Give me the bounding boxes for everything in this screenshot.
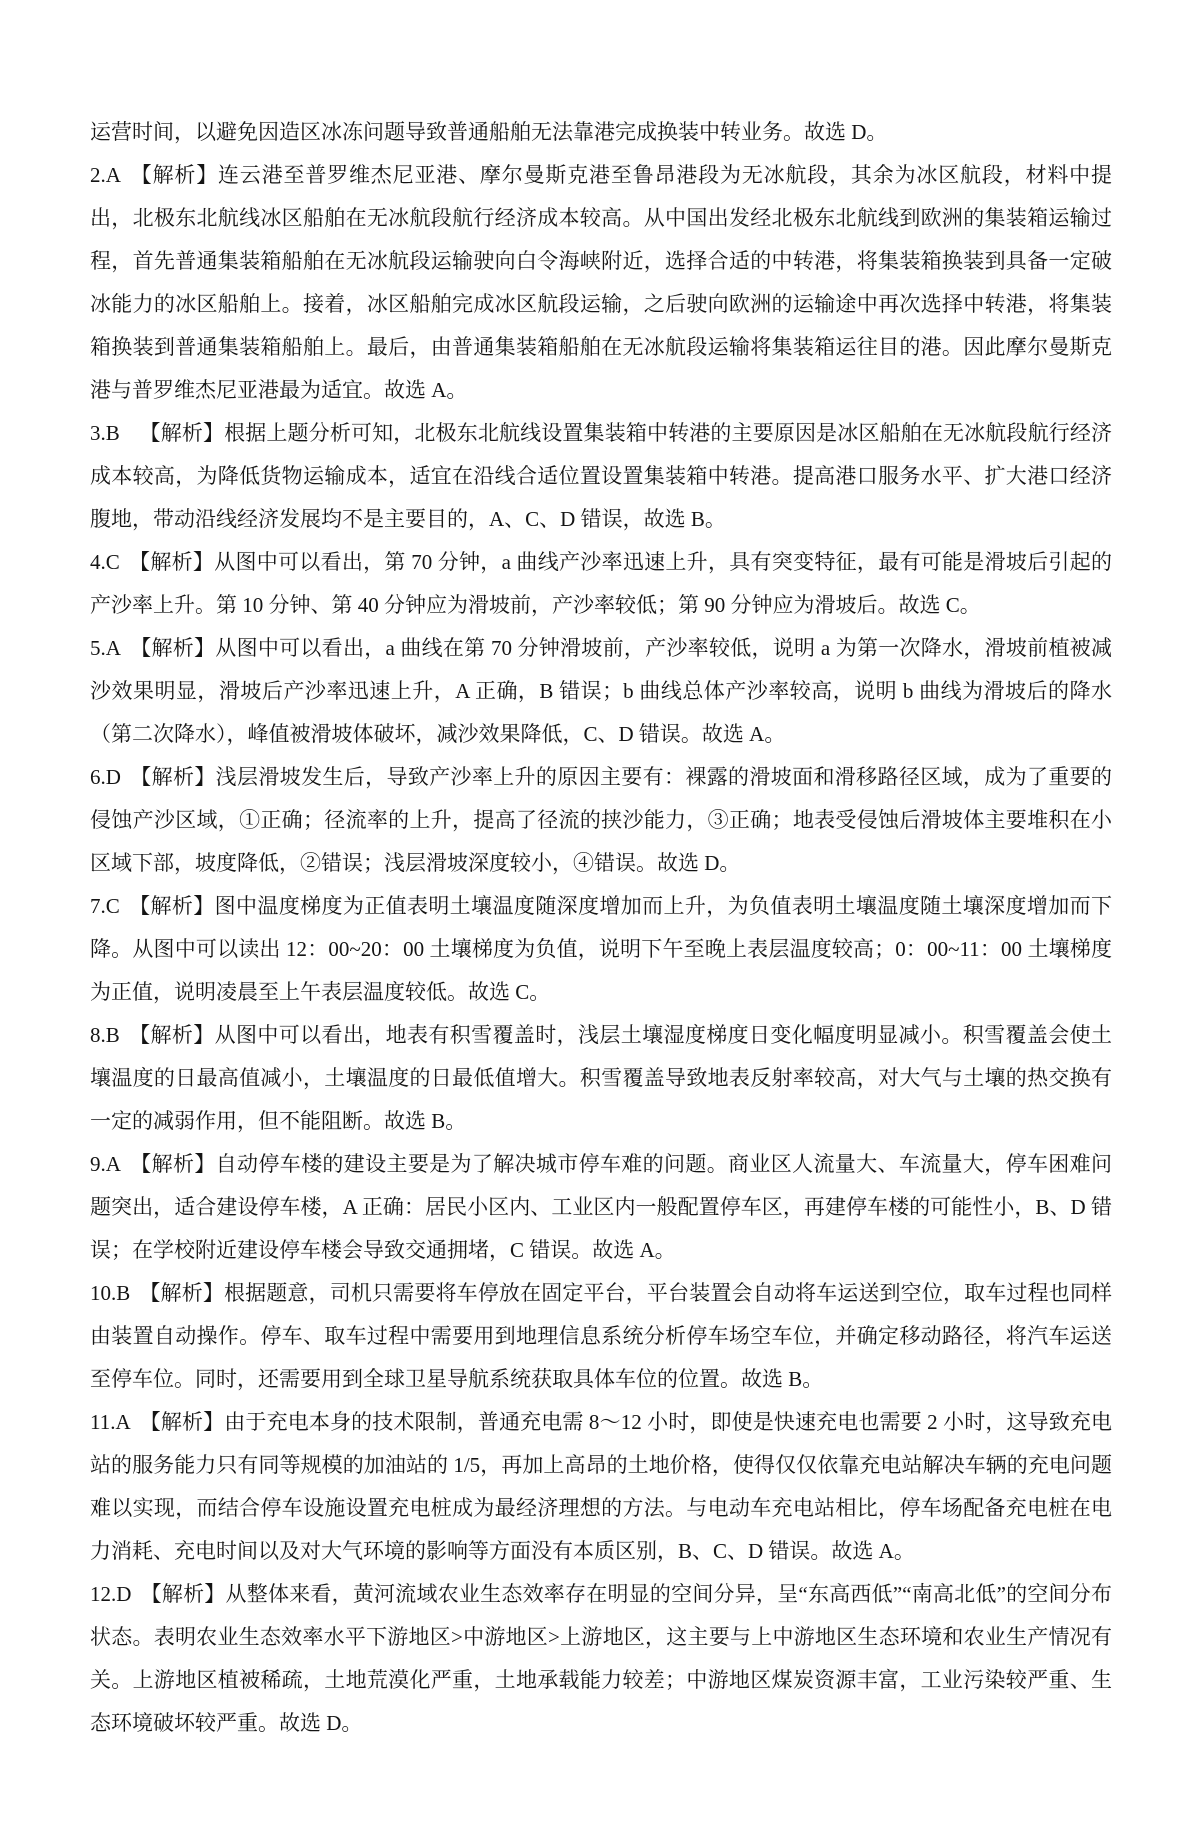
answer-explanation: 【解析】从图中可以看出，第 70 分钟，a 曲线产沙率迅速上升，具有突变特征，最…: [90, 550, 1112, 617]
answer-label: 7.C: [90, 894, 129, 918]
answer-explanation: 【解析】从图中可以看出，地表有积雪覆盖时，浅层土壤湿度梯度日变化幅度明显减小。积…: [90, 1023, 1112, 1133]
answer-label: 4.C: [90, 550, 129, 574]
answer-explanation: 【解析】浅层滑坡发生后，导致产沙率上升的原因主要有：裸露的滑坡面和滑移路径区域，…: [90, 765, 1112, 875]
answer-explanation: 【解析】根据题意，司机只需要将车停放在固定平台，平台装置会自动将车运送到空位，取…: [90, 1281, 1112, 1391]
answer-label: 12.D: [90, 1582, 140, 1606]
answer-item-8b: 8.B【解析】从图中可以看出，地表有积雪覆盖时，浅层土壤湿度梯度日变化幅度明显减…: [90, 1014, 1112, 1143]
answer-continuation-paragraph: 运营时间，以避免因造区冰冻问题导致普通船舶无法靠港完成换装中转业务。故选 D。: [90, 111, 1112, 154]
answer-item-3b: 3.B 【解析】根据上题分析可知，北极东北航线设置集装箱中转港的主要原因是冰区船…: [90, 412, 1112, 541]
answer-label: 8.B: [90, 1023, 129, 1047]
answer-item-2a: 2.A【解析】连云港至普罗维杰尼亚港、摩尔曼斯克港至鲁昂港段为无冰航段，其余为冰…: [90, 154, 1112, 412]
answer-explanation: 【解析】自动停车楼的建设主要是为了解决城市停车难的问题。商业区人流量大、车流量大…: [90, 1152, 1112, 1262]
answer-explanation: 【解析】由于充电本身的技术限制，普通充电需 8～12 小时，即使是快速充电也需要…: [90, 1410, 1112, 1563]
answer-label: 2.A: [90, 163, 130, 187]
answer-label: 9.A: [90, 1152, 130, 1176]
answer-item-7c: 7.C【解析】图中温度梯度为正值表明土壤温度随深度增加而上升，为负值表明土壤温度…: [90, 885, 1112, 1014]
answer-item-4c: 4.C【解析】从图中可以看出，第 70 分钟，a 曲线产沙率迅速上升，具有突变特…: [90, 541, 1112, 627]
answer-explanation: 【解析】从整体来看，黄河流域农业生态效率存在明显的空间分异，呈“东高西低”“南高…: [90, 1582, 1112, 1735]
answer-key-page: 运营时间，以避免因造区冰冻问题导致普通船舶无法靠港完成换装中转业务。故选 D。 …: [0, 0, 1200, 1825]
answer-item-12d: 12.D【解析】从整体来看，黄河流域农业生态效率存在明显的空间分异，呈“东高西低…: [90, 1573, 1112, 1745]
answer-label: 3.B: [90, 421, 129, 445]
answer-item-5a: 5.A【解析】从图中可以看出，a 曲线在第 70 分钟滑坡前，产沙率较低，说明 …: [90, 627, 1112, 756]
answer-label: 10.B: [90, 1281, 139, 1305]
answer-explanation: 【解析】根据上题分析可知，北极东北航线设置集装箱中转港的主要原因是冰区船舶在无冰…: [90, 421, 1112, 531]
answer-item-9a: 9.A【解析】自动停车楼的建设主要是为了解决城市停车难的问题。商业区人流量大、车…: [90, 1143, 1112, 1272]
answer-label: 5.A: [90, 636, 130, 660]
answer-item-6d: 6.D【解析】浅层滑坡发生后，导致产沙率上升的原因主要有：裸露的滑坡面和滑移路径…: [90, 756, 1112, 885]
answer-label: 11.A: [90, 1410, 140, 1434]
answer-item-10b: 10.B【解析】根据题意，司机只需要将车停放在固定平台，平台装置会自动将车运送到…: [90, 1272, 1112, 1401]
answer-item-11a: 11.A【解析】由于充电本身的技术限制，普通充电需 8～12 小时，即使是快速充…: [90, 1401, 1112, 1573]
answer-explanation: 【解析】连云港至普罗维杰尼亚港、摩尔曼斯克港至鲁昂港段为无冰航段，其余为冰区航段…: [90, 163, 1112, 402]
answer-explanation: 【解析】图中温度梯度为正值表明土壤温度随深度增加而上升，为负值表明土壤温度随土壤…: [90, 894, 1112, 1004]
answer-label: 6.D: [90, 765, 130, 789]
answer-explanation: 【解析】从图中可以看出，a 曲线在第 70 分钟滑坡前，产沙率较低，说明 a 为…: [90, 636, 1112, 746]
answer-explanation: 运营时间，以避免因造区冰冻问题导致普通船舶无法靠港完成换装中转业务。故选 D。: [90, 120, 887, 144]
